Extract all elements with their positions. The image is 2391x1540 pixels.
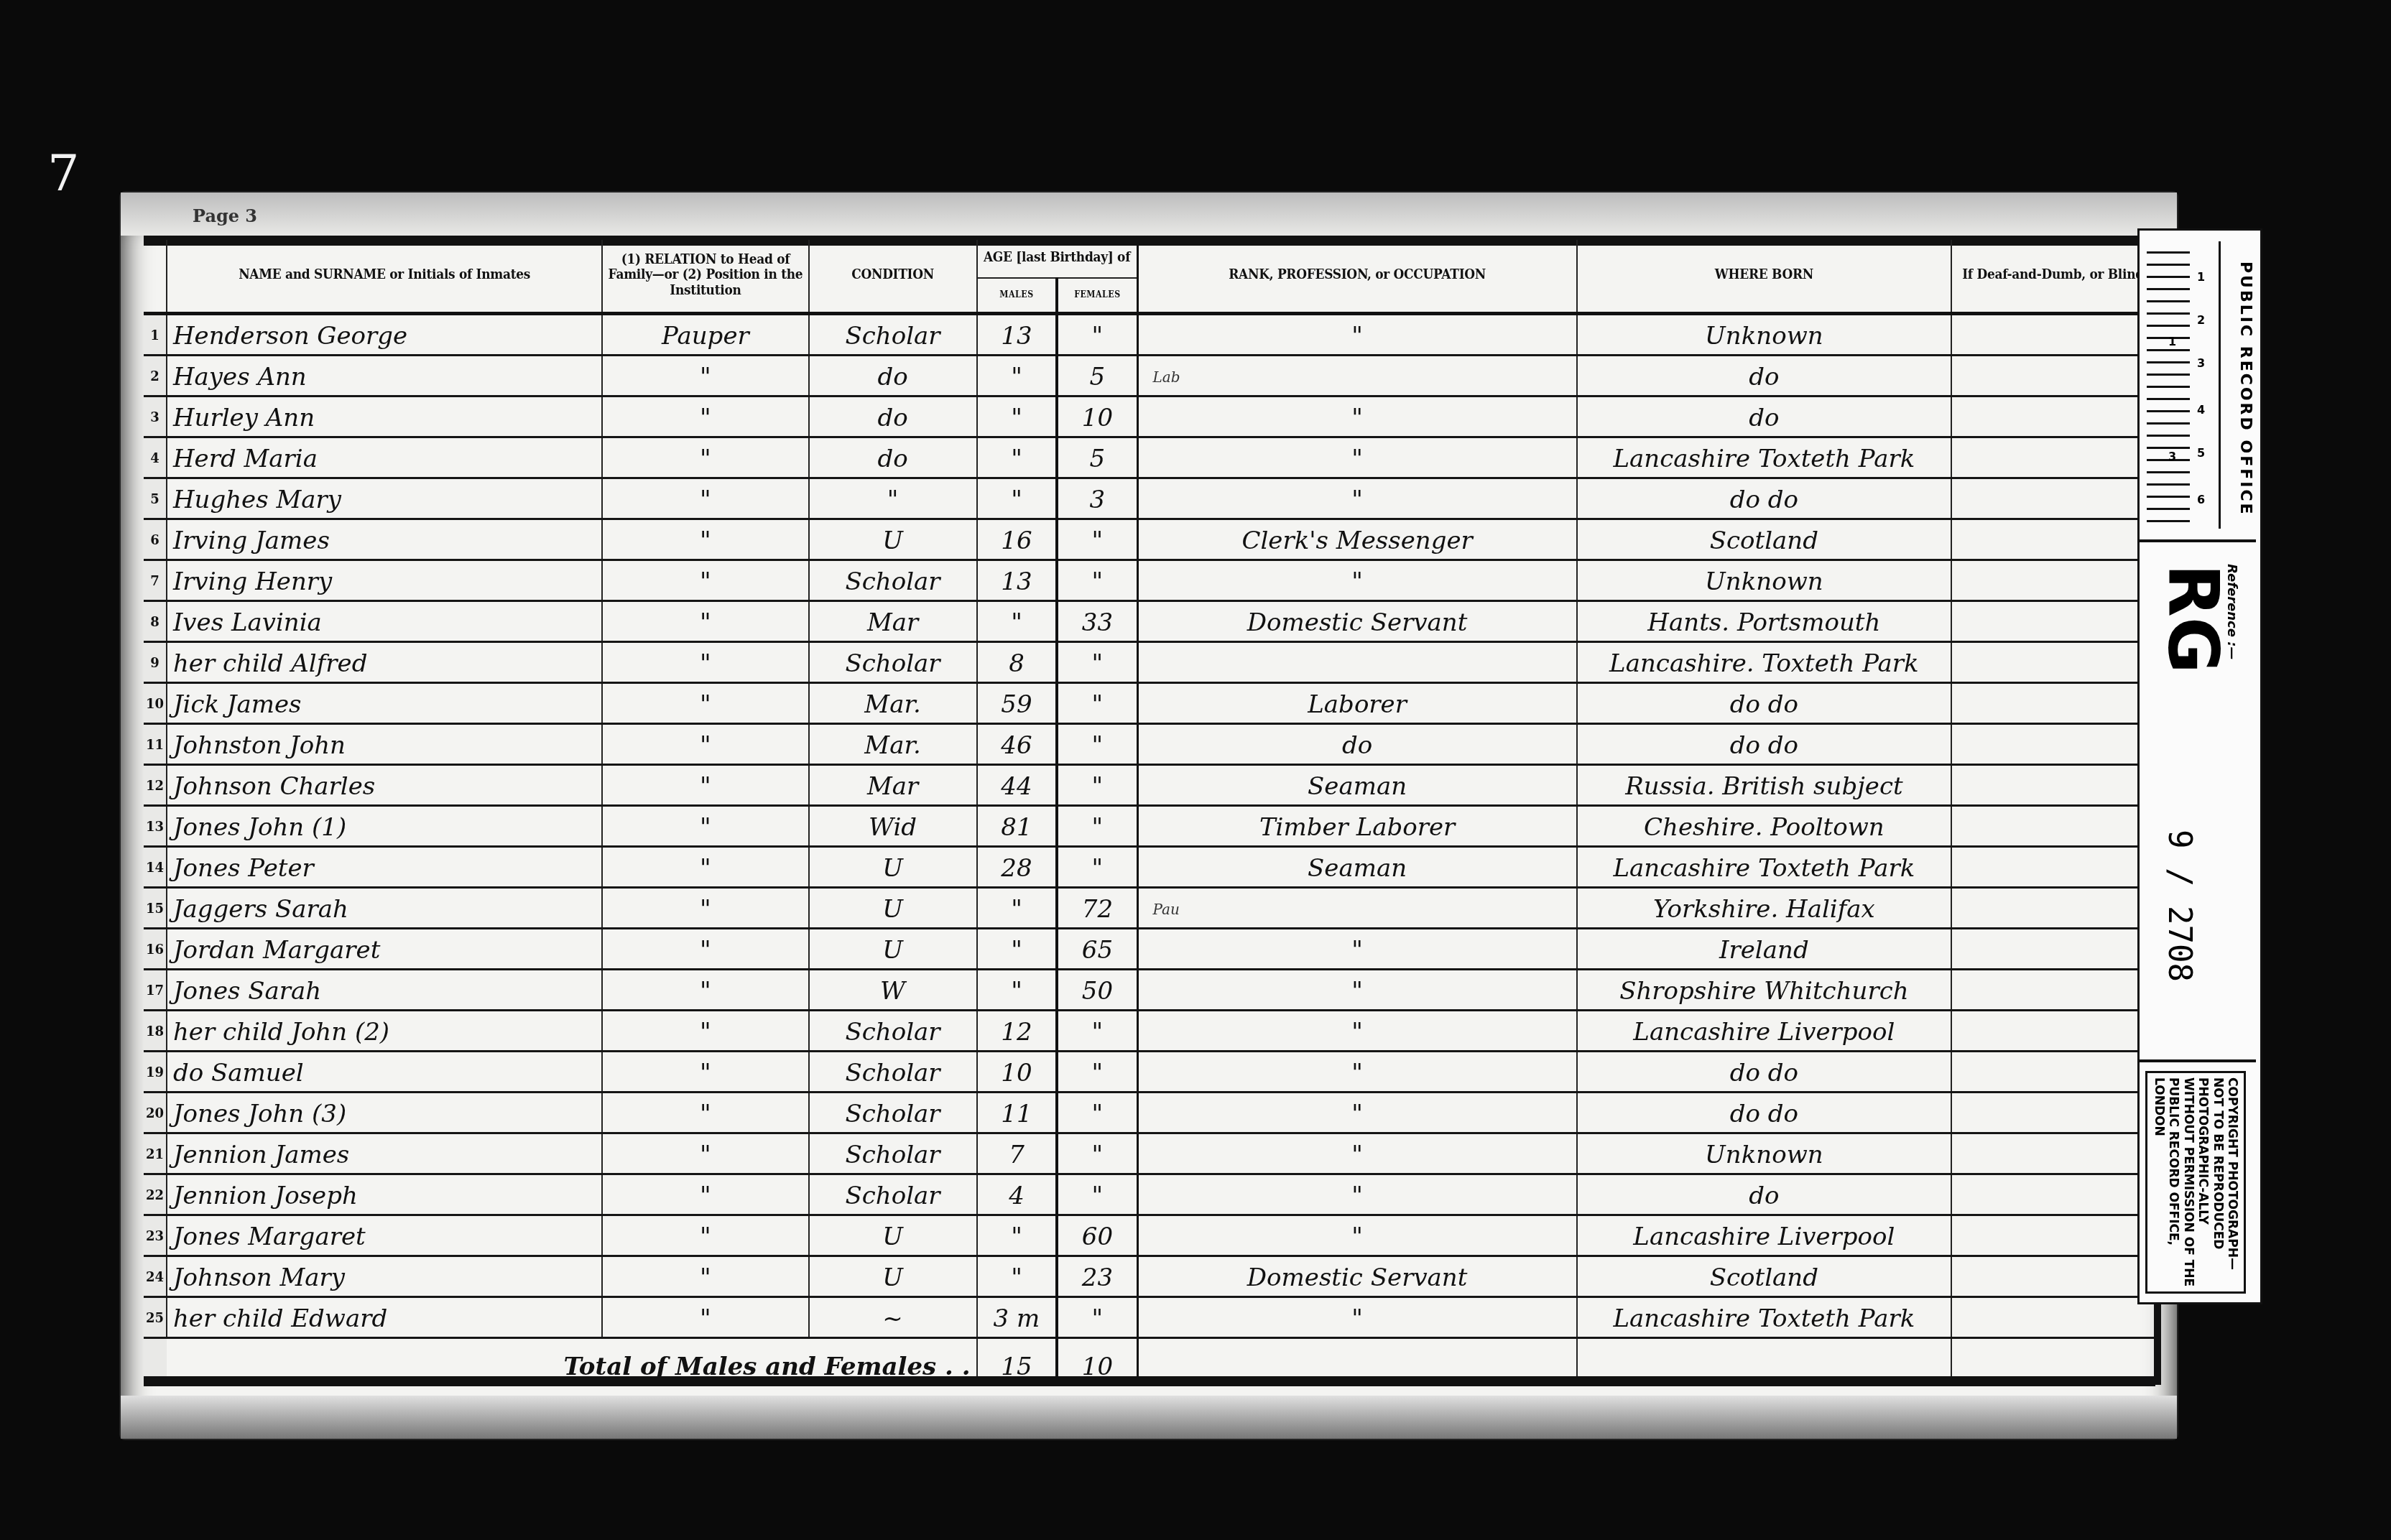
condition-cell: Scholar <box>809 1174 977 1215</box>
where-born-cell: do <box>1577 356 1951 396</box>
row-number: 11 <box>144 724 167 765</box>
infirmity-cell <box>1951 642 2154 683</box>
occupation-cell: " <box>1137 1133 1577 1174</box>
where-born-cell: Scotland <box>1577 519 1951 560</box>
age-male-cell: " <box>977 356 1058 396</box>
relation-cell: " <box>602 888 808 929</box>
inmate-name: Johnston John <box>167 724 602 765</box>
census-table: NAME and SURNAME or Initials of Inmates … <box>144 240 2154 1385</box>
inmate-name: Jones Margaret <box>167 1215 602 1256</box>
occupation-cell: " <box>1137 1052 1577 1093</box>
table-row: 13Jones John (1)"Wid81"Timber LaborerChe… <box>144 806 2154 847</box>
page-bottom-edge <box>121 1396 2177 1439</box>
occupation-cell: Pau <box>1137 888 1577 929</box>
inmate-name: Jones Sarah <box>167 970 602 1011</box>
infirmity-cell <box>1951 683 2154 724</box>
occupation-cell: " <box>1137 1297 1577 1338</box>
row-number: 4 <box>144 437 167 478</box>
condition-cell: Mar <box>809 601 977 642</box>
age-male-cell: 8 <box>977 642 1058 683</box>
inmate-name: Jones John (1) <box>167 806 602 847</box>
condition-cell: W <box>809 970 977 1011</box>
page-number: Page 3 <box>193 205 257 226</box>
condition-cell: Mar <box>809 765 977 806</box>
age-male-cell: " <box>977 1215 1058 1256</box>
inmate-name: her child John (2) <box>167 1011 602 1052</box>
age-female-cell: " <box>1057 1052 1137 1093</box>
age-female-cell: " <box>1057 683 1137 724</box>
inmate-name: Jennion Joseph <box>167 1174 602 1215</box>
age-female-cell: 72 <box>1057 888 1137 929</box>
inmate-name: Jennion James <box>167 1133 602 1174</box>
inmate-name: Johnson Charles <box>167 765 602 806</box>
relation-cell: " <box>602 970 808 1011</box>
age-female-cell: 23 <box>1057 1256 1137 1297</box>
frame-bottom-rule <box>144 1376 2155 1386</box>
where-born-cell: Cheshire. Pooltown <box>1577 806 1951 847</box>
where-born-cell: Ireland <box>1577 929 1951 970</box>
infirmity-cell <box>1951 765 2154 806</box>
condition-cell: Scholar <box>809 1052 977 1093</box>
age-female-cell: " <box>1057 724 1137 765</box>
where-born-cell: do do <box>1577 478 1951 519</box>
row-number: 7 <box>144 560 167 601</box>
where-born-cell: Lancashire Toxteth Park <box>1577 1297 1951 1338</box>
row-number: 23 <box>144 1215 167 1256</box>
relation-cell: Pauper <box>602 314 808 356</box>
row-number: 17 <box>144 970 167 1011</box>
infirmity-cell <box>1951 806 2154 847</box>
condition-cell: Scholar <box>809 560 977 601</box>
relation-cell: " <box>602 560 808 601</box>
occupation-cell: Domestic Servant <box>1137 1256 1577 1297</box>
row-number: 25 <box>144 1297 167 1338</box>
where-born-cell: do do <box>1577 1052 1951 1093</box>
inmate-name: Hurley Ann <box>167 396 602 437</box>
header-row: NAME and SURNAME or Initials of Inmates … <box>144 240 2154 278</box>
where-born-cell: do do <box>1577 724 1951 765</box>
relation-cell: " <box>602 1133 808 1174</box>
condition-cell: Scholar <box>809 314 977 356</box>
age-male-cell: " <box>977 601 1058 642</box>
infirmity-cell <box>1951 396 2154 437</box>
inmate-name: Hayes Ann <box>167 356 602 396</box>
infirmity-cell <box>1951 888 2154 929</box>
occupation-cell: " <box>1137 1011 1577 1052</box>
margin-annotation: Lab <box>1153 368 1180 386</box>
relation-cell: " <box>602 1215 808 1256</box>
relation-cell: " <box>602 806 808 847</box>
relation-cell: " <box>602 642 808 683</box>
age-female-cell: " <box>1057 1011 1137 1052</box>
relation-cell: " <box>602 1297 808 1338</box>
inmate-name: Herd Maria <box>167 437 602 478</box>
age-male-cell: 28 <box>977 847 1058 888</box>
occupation-cell: " <box>1137 396 1577 437</box>
row-number: 21 <box>144 1133 167 1174</box>
table-row: 7Irving Henry"Scholar13""Unknown <box>144 560 2154 601</box>
occupation-cell: Seaman <box>1137 765 1577 806</box>
infirmity-cell <box>1951 314 2154 356</box>
occupation-cell: " <box>1137 560 1577 601</box>
where-born-cell: Unknown <box>1577 314 1951 356</box>
header-relation: (1) RELATION to Head of Family—or (2) Po… <box>602 236 808 317</box>
row-number: 24 <box>144 1256 167 1297</box>
age-male-cell: 13 <box>977 314 1058 356</box>
table-row: 15Jaggers Sarah"U"72PauYorkshire. Halifa… <box>144 888 2154 929</box>
age-male-cell: 16 <box>977 519 1058 560</box>
row-number: 8 <box>144 601 167 642</box>
table-row: 3Hurley Ann"do"10"do <box>144 396 2154 437</box>
age-female-cell: 50 <box>1057 970 1137 1011</box>
inmate-name: Hughes Mary <box>167 478 602 519</box>
age-female-cell: " <box>1057 765 1137 806</box>
age-male-cell: 44 <box>977 765 1058 806</box>
row-number: 6 <box>144 519 167 560</box>
table-row: 2Hayes Ann"do"5Labdo <box>144 356 2154 396</box>
where-born-cell: Hants. Portsmouth <box>1577 601 1951 642</box>
relation-cell: " <box>602 1174 808 1215</box>
age-female-cell: 3 <box>1057 478 1137 519</box>
age-female-cell: " <box>1057 1093 1137 1133</box>
age-male-cell: 7 <box>977 1133 1058 1174</box>
infirmity-cell <box>1951 1093 2154 1133</box>
infirmity-cell <box>1951 1174 2154 1215</box>
table-row: 25her child Edward"~3 m""Lancashire Toxt… <box>144 1297 2154 1338</box>
relation-cell: " <box>602 1011 808 1052</box>
scale-ruler: 1 2 3 4 5 6 1 3 <box>2147 241 2221 529</box>
where-born-cell: do do <box>1577 1093 1951 1133</box>
age-female-cell: " <box>1057 560 1137 601</box>
table-row: 12Johnson Charles"Mar44"SeamanRussia. Br… <box>144 765 2154 806</box>
age-male-cell: 4 <box>977 1174 1058 1215</box>
table-row: 6Irving James"U16"Clerk's MessengerScotl… <box>144 519 2154 560</box>
copyright-notice: COPYRIGHT PHOTOGRAPH—NOT TO BE REPRODUCE… <box>2145 1071 2246 1294</box>
condition-cell: U <box>809 1256 977 1297</box>
record-office-label: 1 2 3 4 5 6 1 3 PUBLIC RECORD OFFICE RG … <box>2137 228 2262 1304</box>
relation-cell: " <box>602 356 808 396</box>
age-female-cell: 60 <box>1057 1215 1137 1256</box>
age-male-cell: " <box>977 970 1058 1011</box>
relation-cell: " <box>602 724 808 765</box>
where-born-cell: Shropshire Whitchurch <box>1577 970 1951 1011</box>
occupation-cell: " <box>1137 1093 1577 1133</box>
age-female-cell: " <box>1057 314 1137 356</box>
header-rownum <box>144 236 167 317</box>
age-female-cell: " <box>1057 806 1137 847</box>
relation-cell: " <box>602 1256 808 1297</box>
table-row: 8Ives Lavinia"Mar"33Domestic ServantHant… <box>144 601 2154 642</box>
row-number: 19 <box>144 1052 167 1093</box>
reference-box: RG Reference :— 9 / 2708 <box>2140 539 2256 1062</box>
row-number: 1 <box>144 314 167 356</box>
age-female-cell: 5 <box>1057 356 1137 396</box>
age-female-cell: " <box>1057 642 1137 683</box>
relation-cell: " <box>602 1093 808 1133</box>
occupation-cell: " <box>1137 1174 1577 1215</box>
condition-cell: U <box>809 929 977 970</box>
where-born-cell: Russia. British subject <box>1577 765 1951 806</box>
relation-cell: " <box>602 1052 808 1093</box>
census-rows: 1Henderson GeorgePauperScholar13""Unknow… <box>144 314 2154 1338</box>
table-row: 24Johnson Mary"U"23Domestic ServantScotl… <box>144 1256 2154 1297</box>
row-number: 15 <box>144 888 167 929</box>
census-page: Page 3 NAME and SURNAME or Initials of I… <box>121 192 2177 1439</box>
row-number: 14 <box>144 847 167 888</box>
inmate-name: Irving James <box>167 519 602 560</box>
age-female-cell: " <box>1057 847 1137 888</box>
relation-cell: " <box>602 396 808 437</box>
age-male-cell: 11 <box>977 1093 1058 1133</box>
where-born-cell: Unknown <box>1577 560 1951 601</box>
infirmity-cell <box>1951 356 2154 396</box>
inmate-name: Ives Lavinia <box>167 601 602 642</box>
age-male-cell: " <box>977 929 1058 970</box>
reference-piece: 9 / 2708 <box>2161 830 2198 982</box>
where-born-cell: Lancashire. Toxteth Park <box>1577 642 1951 683</box>
inmate-name: Johnson Mary <box>167 1256 602 1297</box>
where-born-cell: Lancashire Toxteth Park <box>1577 437 1951 478</box>
age-female-cell: " <box>1057 1297 1137 1338</box>
table-row: 5Hughes Mary"""3"do do <box>144 478 2154 519</box>
occupation-cell: " <box>1137 970 1577 1011</box>
age-female-cell: 10 <box>1057 396 1137 437</box>
condition-cell: U <box>809 519 977 560</box>
occupation-cell: do <box>1137 724 1577 765</box>
age-female-cell: " <box>1057 519 1137 560</box>
infirmity-cell <box>1951 478 2154 519</box>
table-row: 16Jordan Margaret"U"65"Ireland <box>144 929 2154 970</box>
inmate-name: do Samuel <box>167 1052 602 1093</box>
age-male-cell: 12 <box>977 1011 1058 1052</box>
inmate-name: Irving Henry <box>167 560 602 601</box>
occupation-cell: Clerk's Messenger <box>1137 519 1577 560</box>
condition-cell: U <box>809 1215 977 1256</box>
age-male-cell: " <box>977 1256 1058 1297</box>
inmate-name: Jick James <box>167 683 602 724</box>
inmate-name: Jones Peter <box>167 847 602 888</box>
header-age-females: FEMALES <box>1057 277 1137 315</box>
relation-cell: " <box>602 765 808 806</box>
relation-cell: " <box>602 847 808 888</box>
table-row: 1Henderson GeorgePauperScholar13""Unknow… <box>144 314 2154 356</box>
table-row: 23Jones Margaret"U"60"Lancashire Liverpo… <box>144 1215 2154 1256</box>
where-born-cell: Lancashire Toxteth Park <box>1577 847 1951 888</box>
record-office-title: PUBLIC RECORD OFFICE <box>2220 245 2254 532</box>
where-born-cell: Lancashire Liverpool <box>1577 1011 1951 1052</box>
condition-cell: Scholar <box>809 1093 977 1133</box>
occupation-cell: " <box>1137 478 1577 519</box>
relation-cell: " <box>602 929 808 970</box>
page-top-strip: Page 3 <box>121 192 2177 236</box>
infirmity-cell <box>1951 847 2154 888</box>
reference-label: Reference :— <box>2224 564 2239 659</box>
where-born-cell: Lancashire Liverpool <box>1577 1215 1951 1256</box>
condition-cell: do <box>809 356 977 396</box>
header-age: AGE [last Birthday] of <box>977 238 1137 279</box>
condition-cell: Mar. <box>809 683 977 724</box>
age-female-cell: 33 <box>1057 601 1137 642</box>
occupation-cell <box>1137 642 1577 683</box>
table-row: 14Jones Peter"U28"SeamanLancashire Toxte… <box>144 847 2154 888</box>
age-male-cell: " <box>977 437 1058 478</box>
inmate-name: Jones John (3) <box>167 1093 602 1133</box>
infirmity-cell <box>1951 929 2154 970</box>
age-male-cell: " <box>977 396 1058 437</box>
table-row: 11Johnston John"Mar.46"dodo do <box>144 724 2154 765</box>
condition-cell: Scholar <box>809 1133 977 1174</box>
age-female-cell: " <box>1057 1174 1137 1215</box>
occupation-cell: Lab <box>1137 356 1577 396</box>
condition-cell: ~ <box>809 1297 977 1338</box>
row-number: 10 <box>144 683 167 724</box>
row-number: 12 <box>144 765 167 806</box>
infirmity-cell <box>1951 1297 2154 1338</box>
row-number: 20 <box>144 1093 167 1133</box>
table-row: 10Jick James"Mar.59"Laborerdo do <box>144 683 2154 724</box>
table-row: 19do Samuel"Scholar10""do do <box>144 1052 2154 1093</box>
age-male-cell: " <box>977 478 1058 519</box>
relation-cell: " <box>602 601 808 642</box>
row-number: 9 <box>144 642 167 683</box>
row-number: 5 <box>144 478 167 519</box>
header-age-males: MALES <box>977 277 1058 315</box>
occupation-cell: Timber Laborer <box>1137 806 1577 847</box>
infirmity-cell <box>1951 724 2154 765</box>
infirmity-cell <box>1951 1133 2154 1174</box>
age-male-cell: 59 <box>977 683 1058 724</box>
table-row: 17Jones Sarah"W"50"Shropshire Whitchurch <box>144 970 2154 1011</box>
age-male-cell: 13 <box>977 560 1058 601</box>
infirmity-cell <box>1951 437 2154 478</box>
corner-mark: 7 <box>47 144 80 203</box>
table-row: 20Jones John (3)"Scholar11""do do <box>144 1093 2154 1133</box>
table-row: 21Jennion James"Scholar7""Unknown <box>144 1133 2154 1174</box>
where-born-cell: Yorkshire. Halifax <box>1577 888 1951 929</box>
age-male-cell: 3 m <box>977 1297 1058 1338</box>
infirmity-cell <box>1951 560 2154 601</box>
occupation-cell: Domestic Servant <box>1137 601 1577 642</box>
row-number: 13 <box>144 806 167 847</box>
age-female-cell: 5 <box>1057 437 1137 478</box>
header-where-born: WHERE BORN <box>1577 236 1951 317</box>
row-number: 22 <box>144 1174 167 1215</box>
condition-cell: do <box>809 396 977 437</box>
infirmity-cell <box>1951 1215 2154 1256</box>
age-male-cell: " <box>977 888 1058 929</box>
condition-cell: Scholar <box>809 1011 977 1052</box>
condition-cell: Scholar <box>809 642 977 683</box>
where-born-cell: Scotland <box>1577 1256 1951 1297</box>
condition-cell: " <box>809 478 977 519</box>
condition-cell: do <box>809 437 977 478</box>
where-born-cell: do do <box>1577 683 1951 724</box>
infirmity-cell <box>1951 601 2154 642</box>
header-condition: CONDITION <box>809 236 977 317</box>
reference-series: RG <box>2152 564 2233 674</box>
table-row: 18her child John (2)"Scholar12""Lancashi… <box>144 1011 2154 1052</box>
inmate-name: her child Edward <box>167 1297 602 1338</box>
age-male-cell: 10 <box>977 1052 1058 1093</box>
occupation-cell: Seaman <box>1137 847 1577 888</box>
header-infirmity: If Deaf-and-Dumb, or Blind <box>1951 236 2154 317</box>
relation-cell: " <box>602 683 808 724</box>
where-born-cell: do <box>1577 396 1951 437</box>
header-occupation: RANK, PROFESSION, or OCCUPATION <box>1137 236 1577 317</box>
occupation-cell: " <box>1137 314 1577 356</box>
occupation-cell: Laborer <box>1137 683 1577 724</box>
table-row: 9her child Alfred"Scholar8"Lancashire. T… <box>144 642 2154 683</box>
row-number: 2 <box>144 356 167 396</box>
infirmity-cell <box>1951 1052 2154 1093</box>
occupation-cell: " <box>1137 929 1577 970</box>
condition-cell: U <box>809 888 977 929</box>
header-name: NAME and SURNAME or Initials of Inmates <box>167 236 602 317</box>
infirmity-cell <box>1951 970 2154 1011</box>
age-female-cell: 65 <box>1057 929 1137 970</box>
table-row: 22Jennion Joseph"Scholar4""do <box>144 1174 2154 1215</box>
occupation-cell: " <box>1137 437 1577 478</box>
where-born-cell: do <box>1577 1174 1951 1215</box>
row-number: 18 <box>144 1011 167 1052</box>
row-number: 3 <box>144 396 167 437</box>
relation-cell: " <box>602 519 808 560</box>
condition-cell: Mar. <box>809 724 977 765</box>
infirmity-cell <box>1951 519 2154 560</box>
inmate-name: Jordan Margaret <box>167 929 602 970</box>
table-row: 4Herd Maria"do"5"Lancashire Toxteth Park <box>144 437 2154 478</box>
age-male-cell: 81 <box>977 806 1058 847</box>
condition-cell: Wid <box>809 806 977 847</box>
inmate-name: Jaggers Sarah <box>167 888 602 929</box>
where-born-cell: Unknown <box>1577 1133 1951 1174</box>
relation-cell: " <box>602 478 808 519</box>
inmate-name: Henderson George <box>167 314 602 356</box>
row-number: 16 <box>144 929 167 970</box>
margin-annotation: Pau <box>1153 901 1180 918</box>
age-female-cell: " <box>1057 1133 1137 1174</box>
infirmity-cell <box>1951 1011 2154 1052</box>
infirmity-cell <box>1951 1256 2154 1297</box>
occupation-cell: " <box>1137 1215 1577 1256</box>
inmate-name: her child Alfred <box>167 642 602 683</box>
condition-cell: U <box>809 847 977 888</box>
age-male-cell: 46 <box>977 724 1058 765</box>
relation-cell: " <box>602 437 808 478</box>
